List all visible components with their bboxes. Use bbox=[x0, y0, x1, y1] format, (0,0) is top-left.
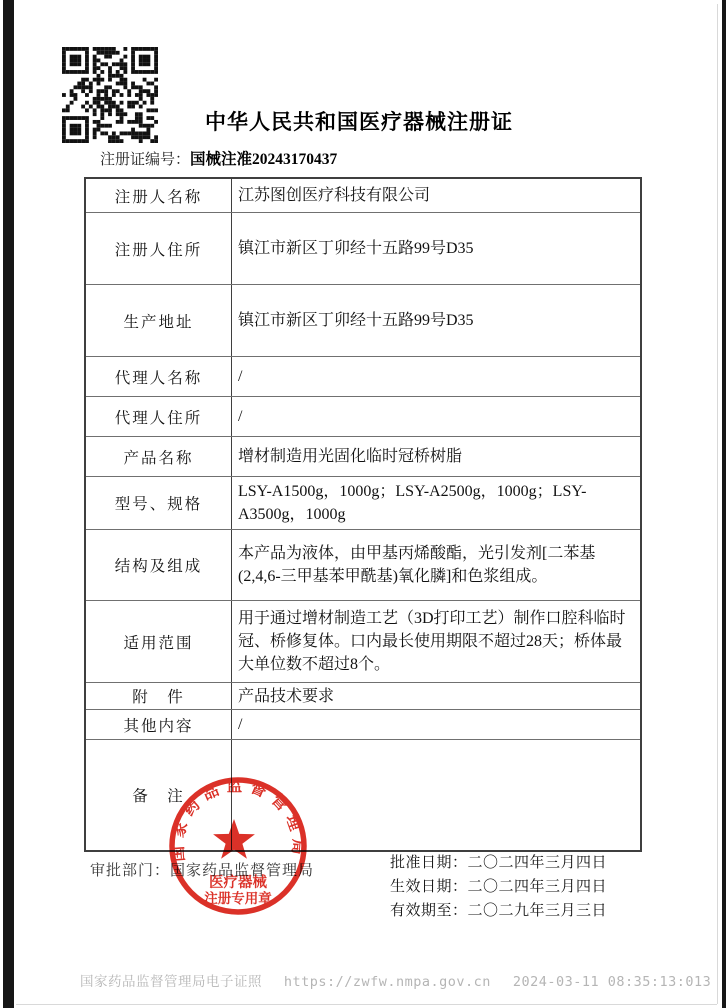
expiry-date-value: 二〇二九年三月三日 bbox=[468, 903, 608, 919]
effective-date-value: 二〇二四年三月四日 bbox=[468, 879, 608, 895]
page-edge-line-right bbox=[717, 4, 718, 1004]
row-value: / bbox=[232, 397, 640, 436]
footer-issuer: 国家药品监督管理局电子证照 bbox=[80, 974, 262, 989]
table-row: 适用范围 用于通过增材制造工艺（3D打印工艺）制作口腔科临时冠、桥修复体。口内最… bbox=[86, 601, 640, 683]
page-edge-line-bottom bbox=[16, 1004, 717, 1005]
row-label: 产品名称 bbox=[86, 437, 232, 476]
table-row: 代理人名称 / bbox=[86, 357, 640, 397]
footer-line: 国家药品监督管理局电子证照 https://zwfw.nmpa.gov.cn 2… bbox=[80, 970, 711, 990]
table-row: 注册人住所 镇江市新区丁卯经十五路99号D35 bbox=[86, 213, 640, 285]
table-row: 附 件 产品技术要求 bbox=[86, 683, 640, 710]
row-value: LSY-A1500g，1000g；LSY-A2500g，1000g；LSY-A3… bbox=[232, 477, 640, 529]
table-row: 其他内容 / bbox=[86, 710, 640, 740]
table-row: 产品名称 增材制造用光固化临时冠桥树脂 bbox=[86, 437, 640, 477]
official-stamp: 国家药品监督管理局 医疗器械 注册专用章 bbox=[158, 766, 318, 926]
table-row: 代理人住所 / bbox=[86, 397, 640, 437]
certificate-table: 注册人名称 江苏图创医疗科技有限公司 注册人住所 镇江市新区丁卯经十五路99号D… bbox=[84, 177, 642, 852]
scan-edge-left bbox=[3, 0, 14, 1008]
page-title: 中华人民共和国医疗器械注册证 bbox=[0, 106, 718, 136]
certificate-page: 中华人民共和国医疗器械注册证 注册证编号：国械注准20243170437 注册人… bbox=[0, 0, 726, 1008]
row-label: 其他内容 bbox=[86, 710, 232, 739]
row-value: 镇江市新区丁卯经十五路99号D35 bbox=[232, 213, 640, 284]
table-row: 型号、规格 LSY-A1500g，1000g；LSY-A2500g，1000g；… bbox=[86, 477, 640, 530]
expiry-date-label: 有效期至： bbox=[390, 903, 468, 919]
effective-date-line: 生效日期：二〇二四年三月四日 bbox=[390, 875, 607, 899]
row-label: 代理人住所 bbox=[86, 397, 232, 436]
row-label: 生产地址 bbox=[86, 285, 232, 356]
row-label: 代理人名称 bbox=[86, 357, 232, 396]
row-value: 用于通过增材制造工艺（3D打印工艺）制作口腔科临时冠、桥修复体。口内最长使用期限… bbox=[232, 601, 640, 682]
cert-number-label: 注册证编号： bbox=[100, 152, 190, 168]
row-value: 江苏图创医疗科技有限公司 bbox=[232, 179, 640, 212]
row-label: 型号、规格 bbox=[86, 477, 232, 529]
cert-number-value: 国械注准20243170437 bbox=[190, 151, 337, 168]
row-value: 本产品为液体，由甲基丙烯酸酯，光引发剂[二苯基(2,4,6-三甲基苯甲酰基)氧化… bbox=[232, 530, 640, 600]
row-value: 镇江市新区丁卯经十五路99号D35 bbox=[232, 285, 640, 356]
stamp-line2: 注册专用章 bbox=[204, 890, 272, 906]
stamp-line1: 医疗器械 bbox=[209, 873, 267, 891]
row-value: / bbox=[232, 357, 640, 396]
approval-date-line: 批准日期：二〇二四年三月四日 bbox=[390, 851, 607, 875]
row-value: 增材制造用光固化临时冠桥树脂 bbox=[232, 437, 640, 476]
table-row: 结构及组成 本产品为液体，由甲基丙烯酸酯，光引发剂[二苯基(2,4,6-三甲基苯… bbox=[86, 530, 640, 601]
row-label: 附 件 bbox=[86, 683, 232, 709]
effective-date-label: 生效日期： bbox=[390, 879, 468, 895]
footer-url: https://zwfw.nmpa.gov.cn bbox=[284, 974, 491, 990]
row-label: 适用范围 bbox=[86, 601, 232, 682]
row-label: 注册人名称 bbox=[86, 179, 232, 212]
approval-date-value: 二〇二四年三月四日 bbox=[468, 855, 608, 871]
row-label: 注册人住所 bbox=[86, 213, 232, 284]
cert-number-line: 注册证编号：国械注准20243170437 bbox=[100, 147, 337, 169]
row-value: 产品技术要求 bbox=[232, 683, 640, 709]
approval-date-label: 批准日期： bbox=[390, 855, 468, 871]
star-icon bbox=[213, 819, 255, 859]
table-row: 生产地址 镇江市新区丁卯经十五路99号D35 bbox=[86, 285, 640, 357]
row-value: / bbox=[232, 710, 640, 739]
row-label: 结构及组成 bbox=[86, 530, 232, 600]
table-row: 注册人名称 江苏图创医疗科技有限公司 bbox=[86, 179, 640, 213]
expiry-date-line: 有效期至：二〇二九年三月三日 bbox=[390, 899, 607, 923]
approval-dates: 批准日期：二〇二四年三月四日 生效日期：二〇二四年三月四日 有效期至：二〇二九年… bbox=[390, 851, 607, 923]
scan-edge-right bbox=[722, 0, 726, 1008]
footer-timestamp: 2024-03-11 08:35:13:013 bbox=[513, 974, 711, 990]
